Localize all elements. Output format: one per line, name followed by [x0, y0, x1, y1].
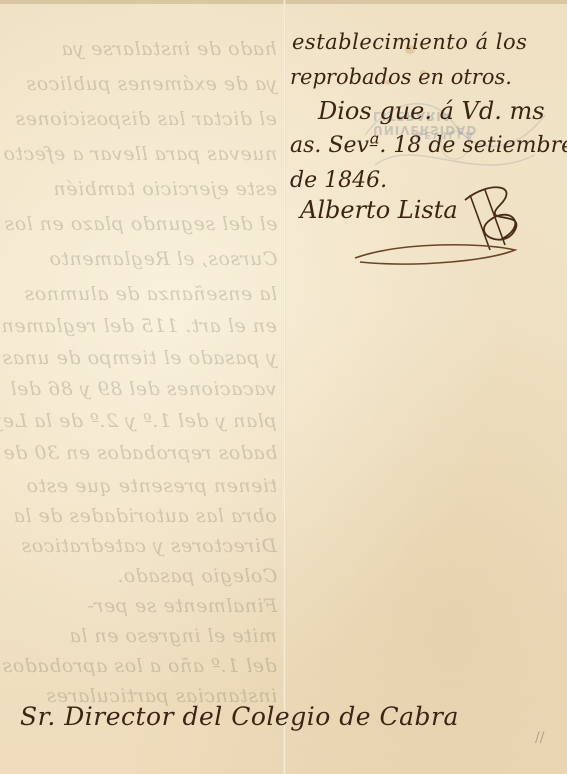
letter-line: reprobados en otros.	[290, 65, 512, 89]
letter-page: hado de instalarse ya ya de exámenes pub…	[0, 0, 567, 774]
letter-line: Dios gue. á Vd. ms	[318, 97, 545, 125]
bleed-line: la enseñanza de alumnos	[24, 283, 277, 305]
bleed-line: tienen presente que esto	[26, 475, 277, 497]
bleed-line: bados reprobados en 30 de	[3, 442, 277, 464]
bleed-line: en el art. 115 del reglamento	[0, 315, 277, 337]
letter-line: establecimiento á los	[292, 30, 527, 54]
bleed-line: el del segundo plazo en los	[4, 213, 278, 235]
bleed-line: Directores y catedraticos	[21, 535, 277, 557]
bleed-line: Colegio pasado.	[117, 565, 277, 587]
bleed-line: y pasado el tiempo de unas	[2, 347, 277, 369]
bleed-line: hado de instalarse ya	[61, 38, 277, 60]
bleed-line: mite el ingreso en la	[69, 625, 277, 647]
bleed-line: este ejercicio también	[53, 178, 277, 200]
bleed-line: vacaciones del 89 y 86 del	[10, 378, 277, 400]
bleed-line: obra las autoridades de la	[13, 505, 277, 527]
bleed-line: del 1.º año a los aprobados	[2, 655, 277, 677]
bleed-line: Finalmente se per-	[87, 595, 277, 617]
bleed-line: nuevas para llevar a efecto	[3, 143, 277, 165]
bleed-line: ya de exámenes publicos	[26, 73, 277, 95]
bleed-line: el dictar las disposiciones	[15, 108, 277, 130]
bleed-through-text: hado de instalarse ya ya de exámenes pub…	[0, 30, 285, 710]
signature-rubric-icon	[340, 180, 540, 270]
addressee-line: Sr. Director del Colegio de Cabra	[20, 702, 459, 731]
margin-pencil-mark: //	[535, 730, 544, 746]
bleed-line: Cursos, el Reglamento	[49, 248, 277, 270]
bleed-line: plan y del 1.º y 2.º de la Ley	[0, 410, 277, 432]
letter-date-line: as. Sevª. 18 de setiembre	[290, 133, 567, 158]
